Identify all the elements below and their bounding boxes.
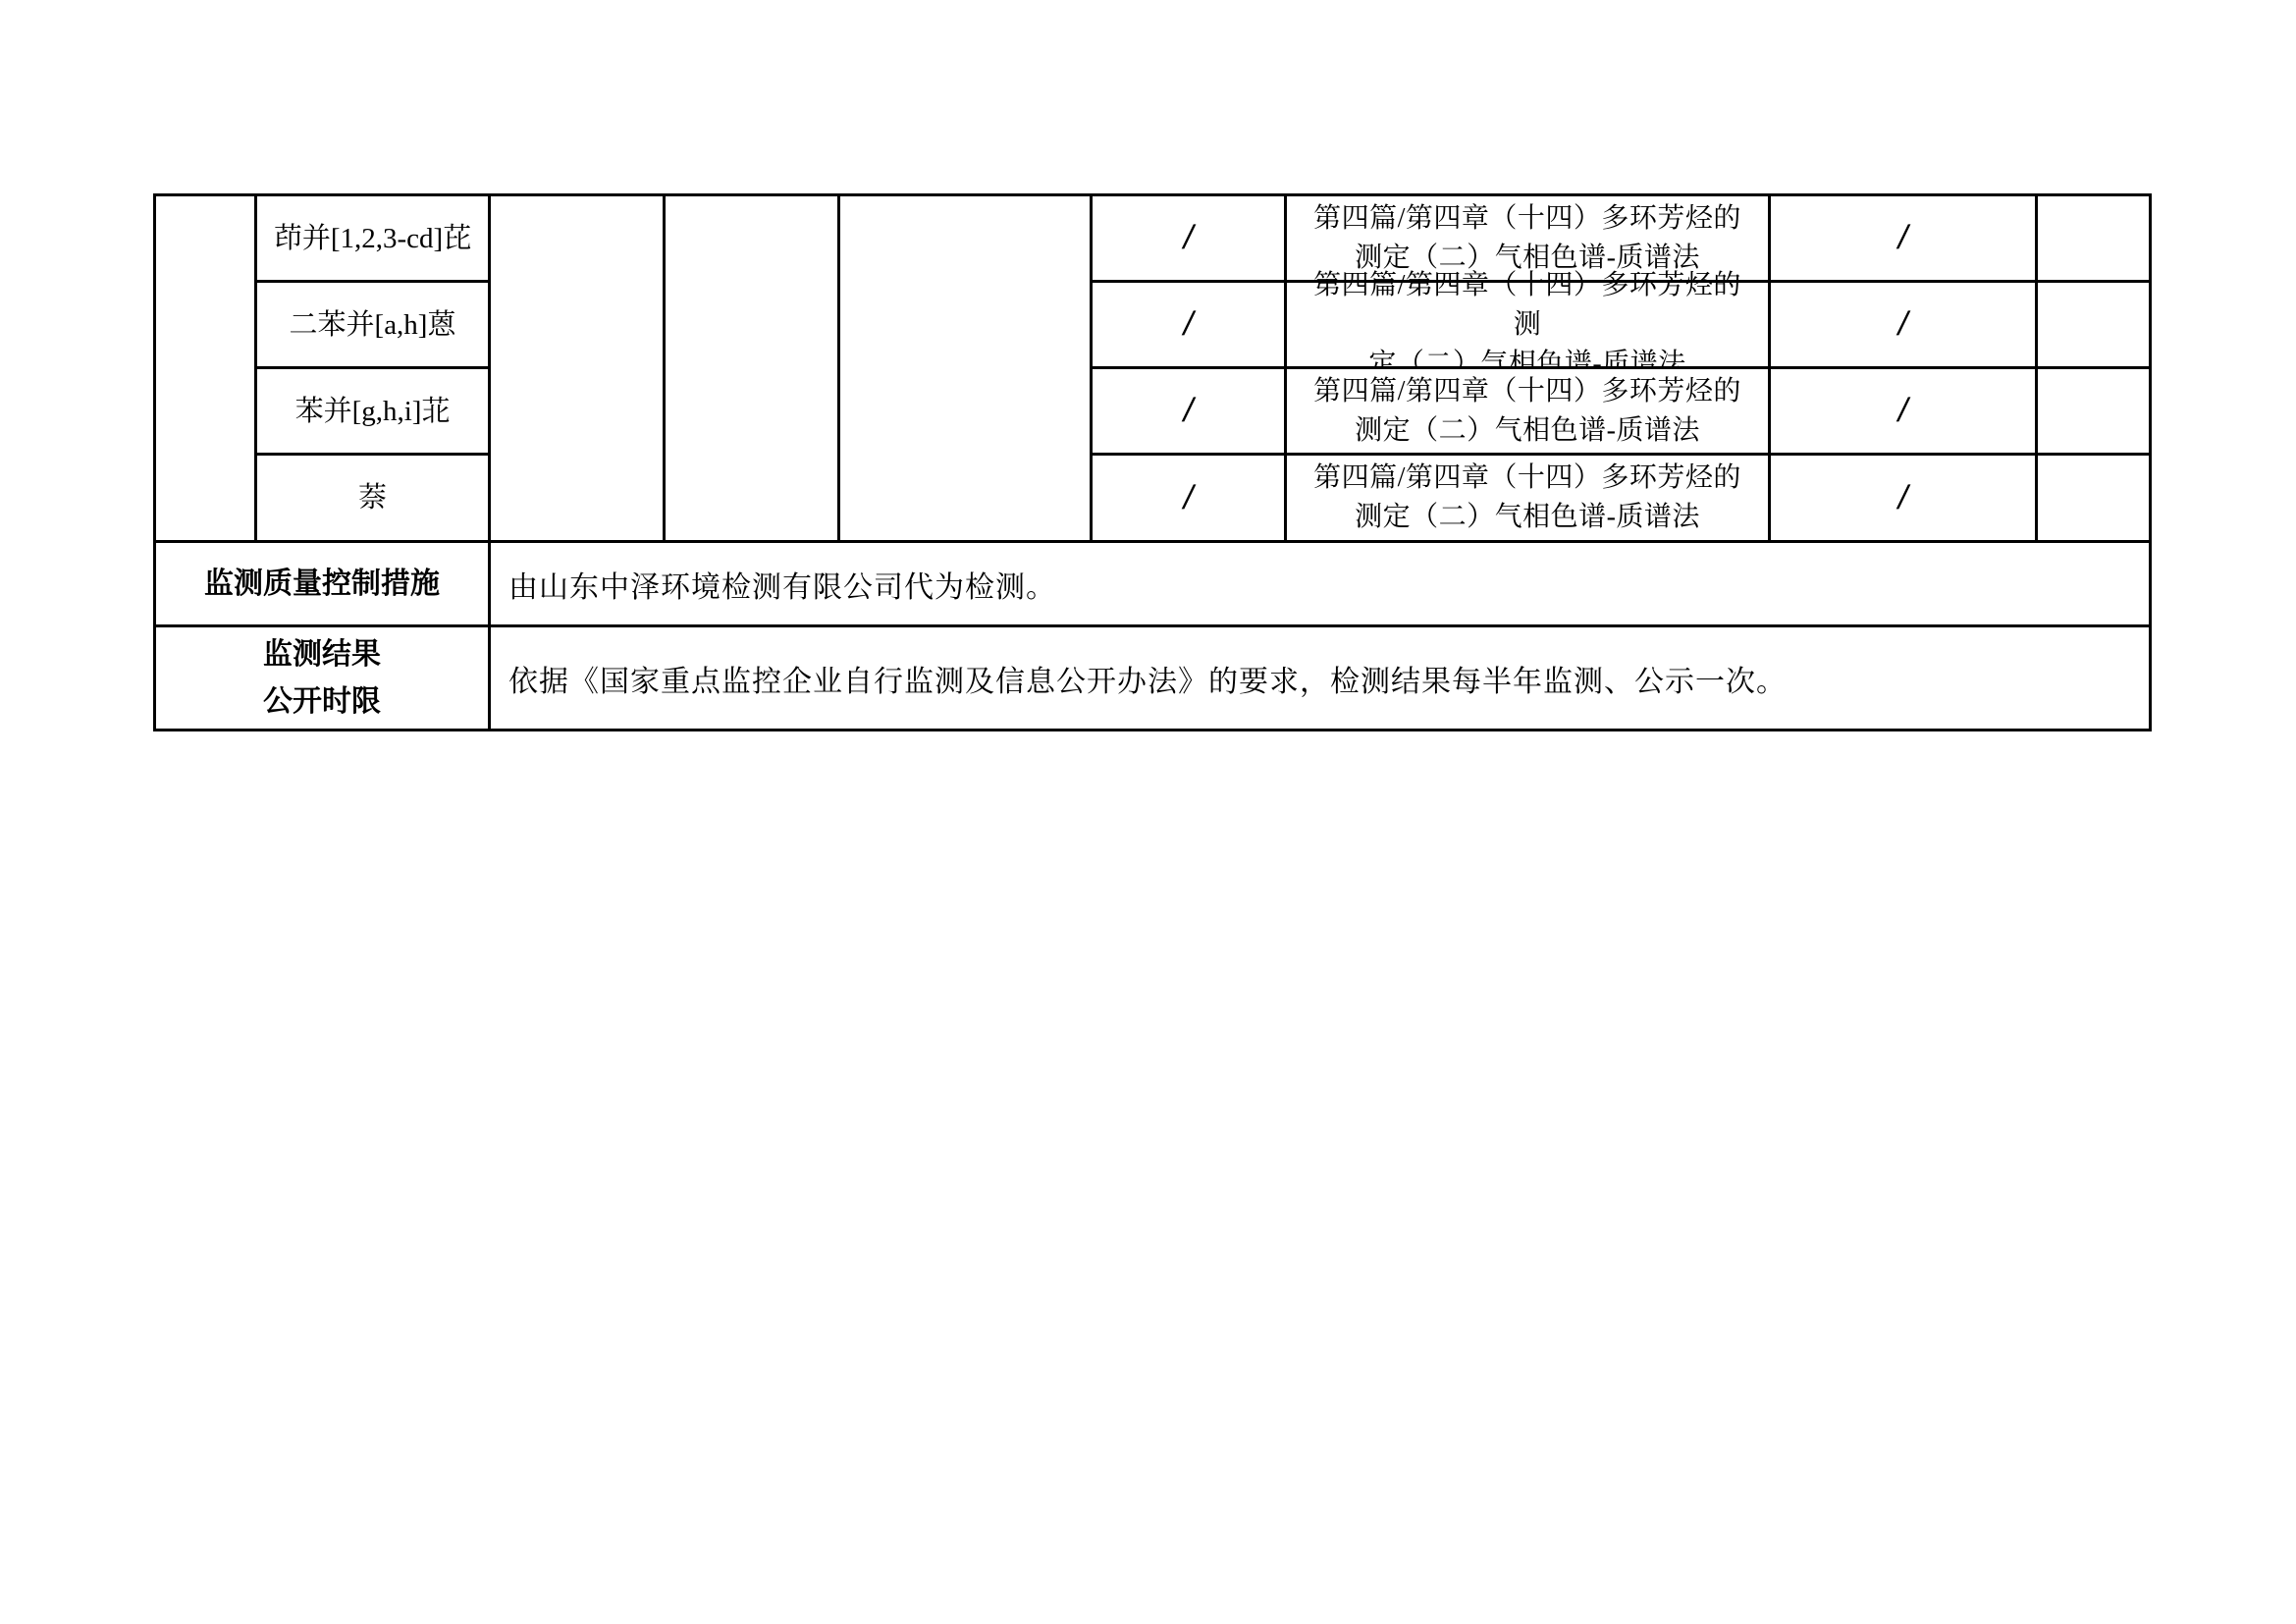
pollutant-name: 茚并[1,2,3-cd]芘 — [274, 219, 471, 258]
limit-cell: / — [1090, 280, 1287, 369]
limit-value: / — [1180, 392, 1198, 430]
quality-control-label: 监测质量控制措施 — [204, 561, 440, 608]
detection-cell: / — [1768, 193, 2038, 283]
merged-empty-cell — [837, 193, 1093, 543]
quality-control-value-cell: 由山东中泽环境检测有限公司代为检测。 — [488, 540, 2152, 627]
pollutant-name: 苯并[g,h,i]苝 — [295, 392, 451, 431]
pollutant-cell: 二苯并[a,h]蒽 — [254, 280, 491, 369]
method-cell: 第四篇/第四章（十四）多环芳烃的 测定（二）气相色谱-质谱法 — [1284, 453, 1771, 543]
limit-value: / — [1180, 479, 1198, 517]
remark-cell — [2035, 366, 2152, 456]
detection-cell: / — [1768, 366, 2038, 456]
disclosure-label-cell: 监测结果 公开时限 — [153, 624, 491, 731]
remark-cell — [2035, 193, 2152, 283]
method-text: 第四篇/第四章（十四）多环芳烃的 测定（二）气相色谱-质谱法 — [1313, 459, 1741, 537]
limit-value: / — [1180, 305, 1198, 344]
category-cell — [153, 193, 257, 543]
pollutant-cell: 苯并[g,h,i]苝 — [254, 366, 491, 456]
method-cell: 第四篇/第四章（十四）多环芳烃的 测定（二）气相色谱-质谱法 — [1284, 366, 1771, 456]
document-page: 茚并[1,2,3-cd]芘 二苯并[a,h]蒽 苯并[g,h,i]苝 萘 / /… — [0, 0, 2296, 1624]
merged-empty-cell — [663, 193, 840, 543]
pollutant-name: 二苯并[a,h]蒽 — [290, 305, 456, 345]
detection-cell: / — [1768, 280, 2038, 369]
remark-cell — [2035, 453, 2152, 543]
merged-empty-cell — [488, 193, 666, 543]
quality-control-value: 由山东中泽环境检测有限公司代为检测。 — [508, 563, 1056, 606]
disclosure-value-cell: 依据《国家重点监控企业自行监测及信息公开办法》的要求，检测结果每半年监测、公示一… — [488, 624, 2152, 731]
limit-value: / — [1180, 219, 1198, 257]
disclosure-value: 依据《国家重点监控企业自行监测及信息公开办法》的要求，检测结果每半年监测、公示一… — [508, 657, 1787, 700]
method-text: 第四篇/第四章（十四）多环芳烃的 测定（二）气相色谱-质谱法 — [1313, 372, 1741, 451]
quality-control-label-cell: 监测质量控制措施 — [153, 540, 491, 627]
detection-value: / — [1895, 219, 1912, 257]
remark-cell — [2035, 280, 2152, 369]
pollutant-cell: 萘 — [254, 453, 491, 543]
disclosure-label: 监测结果 公开时限 — [263, 631, 381, 726]
detection-value: / — [1895, 392, 1912, 430]
detection-value: / — [1895, 305, 1912, 344]
limit-cell: / — [1090, 453, 1287, 543]
limit-cell: / — [1090, 193, 1287, 283]
method-cell: 第四篇/第四章（十四）多环芳烃的测 定（二）气相色谱-质谱法 — [1284, 280, 1771, 369]
detection-value: / — [1895, 479, 1912, 517]
limit-cell: / — [1090, 366, 1287, 456]
detection-cell: / — [1768, 453, 2038, 543]
pollutant-cell: 茚并[1,2,3-cd]芘 — [254, 193, 491, 283]
pollutant-name: 萘 — [358, 478, 387, 517]
